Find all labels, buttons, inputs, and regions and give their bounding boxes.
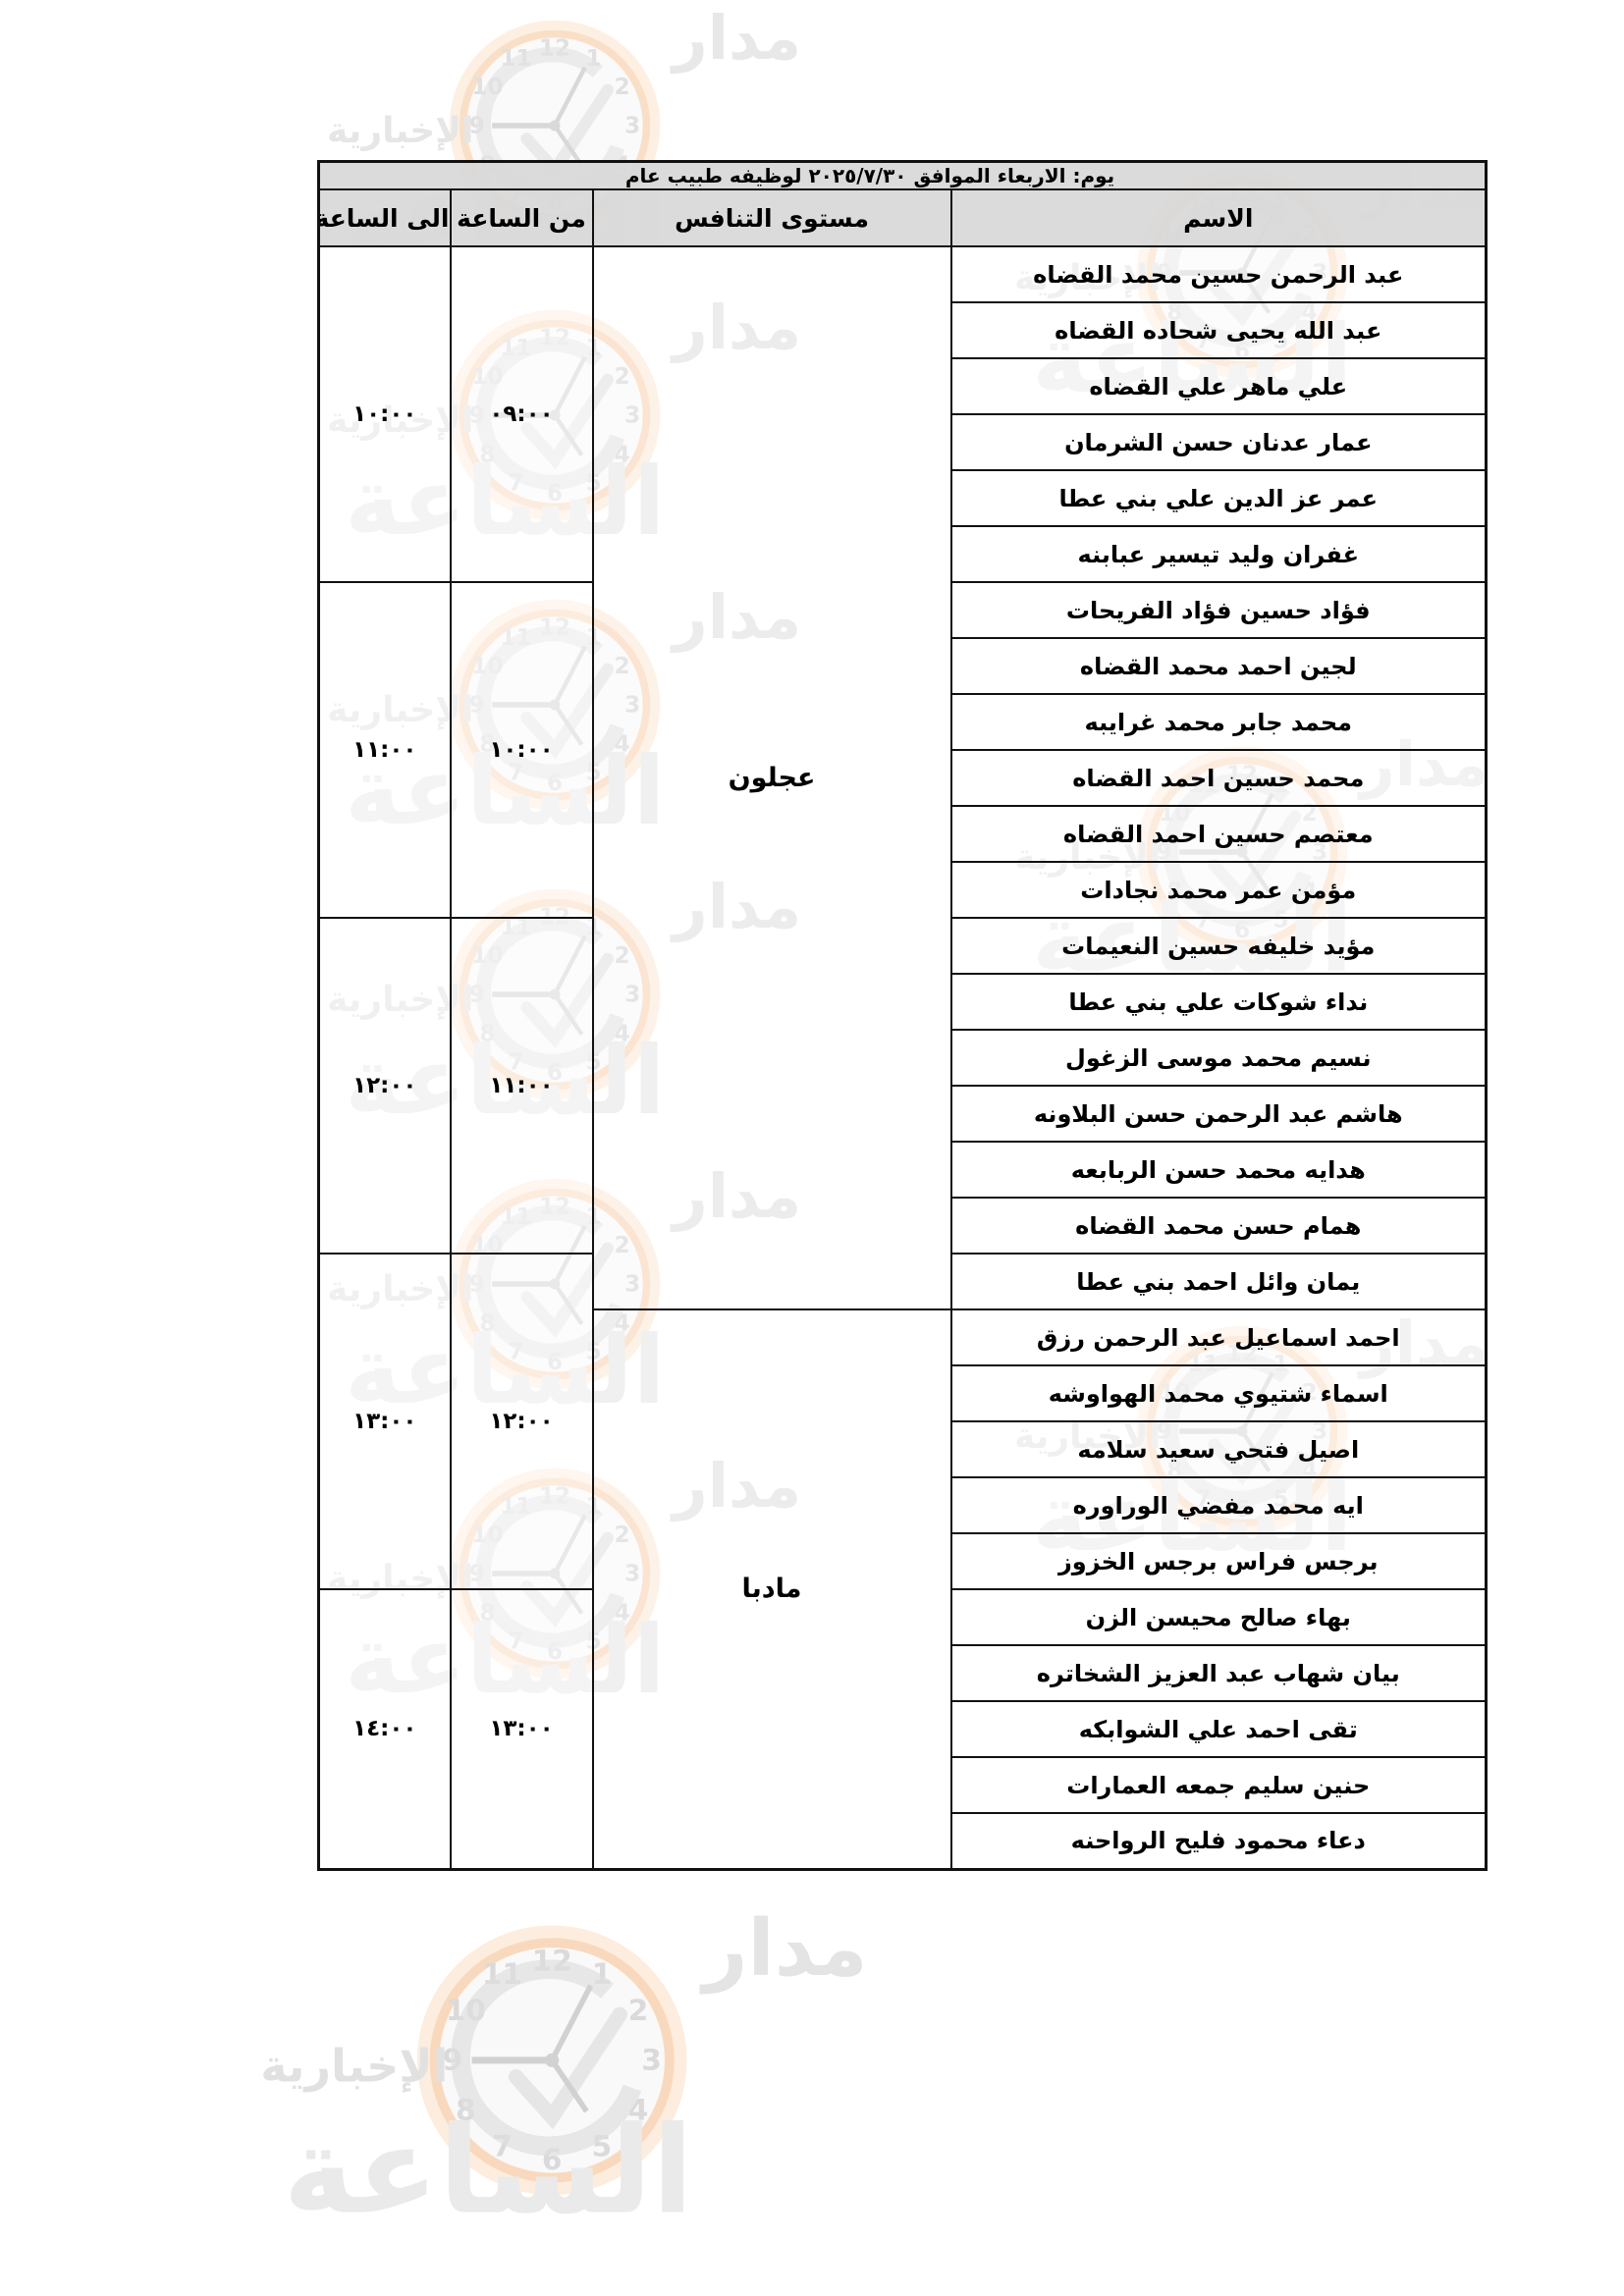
candidate-name: اصيل فتحي سعيد سلامه: [951, 1421, 1487, 1477]
candidate-name: لجين احمد محمد القضاه: [951, 638, 1487, 694]
candidate-name: همام حسن محمد القضاه: [951, 1198, 1487, 1254]
svg-text:3: 3: [641, 2044, 662, 2077]
candidate-name: مؤيد خليفه حسين النعيمات: [951, 918, 1487, 974]
svg-text:2: 2: [615, 75, 630, 100]
from-time-cell: ١٢:٠٠: [451, 1254, 593, 1589]
watermark-tile: مدار 121234567891011 الإخباريةالساعة: [250, 1899, 853, 2276]
to-time-cell: ١٠:٠٠: [319, 246, 451, 582]
svg-text:3: 3: [624, 114, 640, 139]
document-page: { "title": "يوم: الاربعاء الموافق ٢٠٢٥/٧…: [0, 0, 1624, 2296]
candidate-name: ايه محمد مفضي الوراوره: [951, 1477, 1487, 1533]
svg-text:2: 2: [628, 1994, 649, 2027]
watermark-brand-madar: مدار: [703, 1909, 868, 1987]
level-cell-ajloun: عجلون: [593, 246, 951, 1309]
candidate-name: نداء شوكات علي بني عطا: [951, 974, 1487, 1030]
to-time-cell: ١١:٠٠: [319, 582, 451, 918]
to-time-cell: ١٢:٠٠: [319, 918, 451, 1254]
to-time-cell: ١٣:٠٠: [319, 1254, 451, 1589]
candidate-name: هاشم عبد الرحمن حسن البلاونه: [951, 1086, 1487, 1142]
watermark-brand-madar: مدار: [673, 8, 801, 69]
candidate-name: عبد الله يحيى شحاده القضاه: [951, 302, 1487, 358]
table-title: يوم: الاربعاء الموافق ٢٠٢٥/٧/٣٠ لوظيفه ط…: [319, 162, 1487, 190]
to-time-cell: ١٤:٠٠: [319, 1589, 451, 1869]
column-header-from: من الساعة: [451, 189, 593, 246]
candidate-name: دعاء محمود فليح الرواحنه: [951, 1813, 1487, 1869]
candidate-name: احمد اسماعيل عبد الرحمن رزق: [951, 1309, 1487, 1365]
candidate-name: بيان شهاب عبد العزيز الشخاتره: [951, 1645, 1487, 1701]
watermark-brand-saa: الساعة: [283, 2110, 693, 2231]
from-time-cell: ١٠:٠٠: [451, 582, 593, 918]
candidate-name: محمد جابر محمد غرايبه: [951, 694, 1487, 750]
candidate-name: غفران وليد تيسير عبابنه: [951, 526, 1487, 582]
watermark-brand-ikhbariya: الإخبارية: [260, 2045, 448, 2090]
candidate-name: فؤاد حسين فؤاد الفريحات: [951, 582, 1487, 638]
candidate-name: حنين سليم جمعه العمارات: [951, 1757, 1487, 1813]
candidate-name: محمد حسين احمد القضاه: [951, 750, 1487, 806]
candidate-name: مؤمن عمر محمد نجادات: [951, 862, 1487, 918]
candidate-name: هدايه محمد حسن الربابعه: [951, 1142, 1487, 1198]
column-header-name: الاسم: [951, 189, 1487, 246]
candidate-name: تقى احمد علي الشوابكه: [951, 1701, 1487, 1757]
watermark-brand-ikhbariya: الإخبارية: [327, 114, 473, 149]
candidate-name: برجس فراس برجس الخزوز: [951, 1533, 1487, 1589]
candidate-name: نسيم محمد موسى الزغول: [951, 1030, 1487, 1086]
candidate-name: عمر عز الدين علي بني عطا: [951, 470, 1487, 526]
from-time-cell: ١٣:٠٠: [451, 1589, 593, 1869]
candidate-name: بهاء صالح محيسن الزن: [951, 1589, 1487, 1645]
level-cell-madaba: مادبا: [593, 1309, 951, 1869]
candidate-name: علي ماهر علي القضاه: [951, 358, 1487, 414]
candidate-name: معتصم حسين احمد القضاه: [951, 806, 1487, 862]
interview-schedule-table: يوم: الاربعاء الموافق ٢٠٢٥/٧/٣٠ لوظيفه ط…: [317, 160, 1488, 1871]
candidate-name: عمار عدنان حسن الشرمان: [951, 414, 1487, 470]
candidate-name: اسماء شتيوي محمد الهواوشه: [951, 1365, 1487, 1421]
from-time-cell: ١١:٠٠: [451, 918, 593, 1254]
candidate-name: عبد الرحمن حسين محمد القضاه: [951, 246, 1487, 302]
from-time-cell: ٠٩:٠٠: [451, 246, 593, 582]
column-header-to: الى الساعة: [319, 189, 451, 246]
candidate-name: يمان وائل احمد بني عطا: [951, 1254, 1487, 1309]
column-header-level: مستوى التنافس: [593, 189, 951, 246]
